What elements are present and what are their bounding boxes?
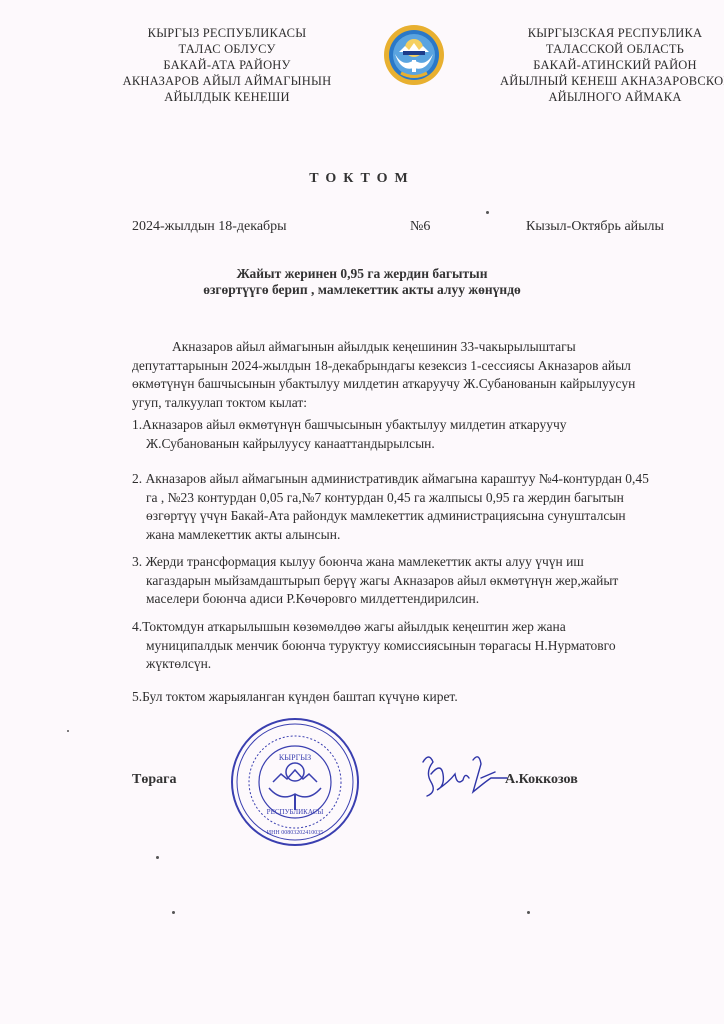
scan-speck — [486, 211, 489, 214]
header-right-line: ТАЛАССКОЙ ОБЛАСТЬ — [500, 41, 724, 57]
preamble-paragraph: Акназаров айыл аймагынын айылдык кеңешин… — [132, 338, 712, 412]
item-line: маселери боюнча адиси Р.Көчөровго милдет… — [132, 590, 712, 609]
item-line: га , №23 контурдан 0,05 га,№7 контурдан … — [132, 489, 712, 508]
preamble-line: Акназаров айыл аймагынын айылдык кеңешин… — [132, 338, 712, 357]
item-line: кагаздарын мыйзамдаштырып берүү жагы Акн… — [132, 572, 712, 591]
item-line: 5.Бул токтом жарыяланган күндөн баштап к… — [132, 688, 712, 707]
header-right-line: БАКАЙ-АТИНСКИЙ РАЙОН — [500, 57, 724, 73]
item-line: 2. Акназаров айыл аймагынын администрати… — [132, 470, 712, 489]
header-left-line: КЫРГЫЗ РЕСПУБЛИКАСЫ — [112, 25, 342, 41]
preamble-line: депутаттарынын 2024-жылдын 18-декабрында… — [132, 357, 712, 376]
document-title: ТОКТОМ — [0, 171, 724, 187]
preamble-line: өкмөтүнүн башчысынын убактылуу милдетин … — [132, 375, 712, 394]
item-line: Ж.Субанованын кайрылуусу канааттандырылс… — [132, 435, 712, 454]
header-left-line: БАКАЙ-АТА РАЙОНУ — [112, 57, 342, 73]
item-line: жана мамлекеттик акты алынсын. — [132, 526, 712, 545]
header-left-block: КЫРГЫЗ РЕСПУБЛИКАСЫ ТАЛАС ОБЛУСУ БАКАЙ-А… — [112, 25, 342, 105]
preamble-line: угуп, талкуулап токтом кылат: — [132, 394, 712, 413]
subject-line: Жайыт жеринен 0,95 га жердин багытын — [0, 266, 724, 282]
state-emblem-icon — [383, 24, 445, 86]
document-date: 2024-жылдын 18-декабры — [132, 219, 287, 235]
stamp-bottom-text: РЕСПУБЛИКАСЫ — [267, 808, 324, 816]
scan-speck — [156, 856, 159, 859]
item-line: 4.Токтомдун аткарылышын көзөмөлдөө жагы … — [132, 618, 712, 637]
document-subject: Жайыт жеринен 0,95 га жердин багытын өзг… — [0, 266, 724, 298]
resolution-item-3: 3. Жерди трансформация кылуу боюнча жана… — [132, 553, 712, 609]
header-right-block: КЫРГЫЗСКАЯ РЕСПУБЛИКА ТАЛАССКОЙ ОБЛАСТЬ … — [500, 25, 724, 105]
subject-line: өзгөртүүгө берип , мамлекеттик акты алуу… — [0, 282, 724, 298]
scan-speck — [172, 911, 175, 914]
signatory-name: А.Коккозов — [505, 772, 578, 788]
item-line: 3. Жерди трансформация кылуу боюнча жана… — [132, 553, 712, 572]
item-line: өзгөртүү үчүн Бакай-Ата райондук мамлеке… — [132, 507, 712, 526]
resolution-item-5: 5.Бул токтом жарыяланган күндөн баштап к… — [132, 688, 712, 707]
header-right-line: АЙЫЛНЫЙ КЕНЕШ АКНАЗАРОВСКОГ — [500, 73, 724, 89]
resolution-item-1: 1.Акназаров айыл өкмөтүнүн башчысынын уб… — [132, 416, 712, 453]
header-right-line: АЙЫЛНОГО АЙМАКА — [500, 89, 724, 105]
item-line: муниципалдык менчик боюнча туруктуу коми… — [132, 637, 712, 656]
scan-speck — [527, 911, 530, 914]
resolution-item-4: 4.Токтомдун аткарылышын көзөмөлдөө жагы … — [132, 618, 712, 674]
item-line: жүктөлсүн. — [132, 655, 712, 674]
header-left-line: ТАЛАС ОБЛУСУ — [112, 41, 342, 57]
document-place: Кызыл-Октябрь айылы — [526, 219, 664, 235]
official-stamp-icon: КЫРГЫЗ РЕСПУБЛИКАСЫ ИНН 00803202410035 — [229, 716, 361, 848]
scan-speck — [67, 730, 69, 732]
handwritten-signature-icon — [415, 752, 510, 800]
stamp-top-text: КЫРГЫЗ — [279, 753, 311, 762]
item-line: 1.Акназаров айыл өкмөтүнүн башчысынын уб… — [132, 416, 712, 435]
header-right-line: КЫРГЫЗСКАЯ РЕСПУБЛИКА — [500, 25, 724, 41]
document-number: №6 — [410, 219, 430, 235]
stamp-inn-text: ИНН 00803202410035 — [267, 830, 324, 836]
header-left-line: АКНАЗАРОВ АЙЫЛ АЙМАГЫНЫН — [112, 73, 342, 89]
header-left-line: АЙЫЛДЫК КЕНЕШИ — [112, 89, 342, 105]
resolution-item-2: 2. Акназаров айыл аймагынын администрати… — [132, 470, 712, 544]
signatory-role: Төрага — [132, 772, 176, 788]
